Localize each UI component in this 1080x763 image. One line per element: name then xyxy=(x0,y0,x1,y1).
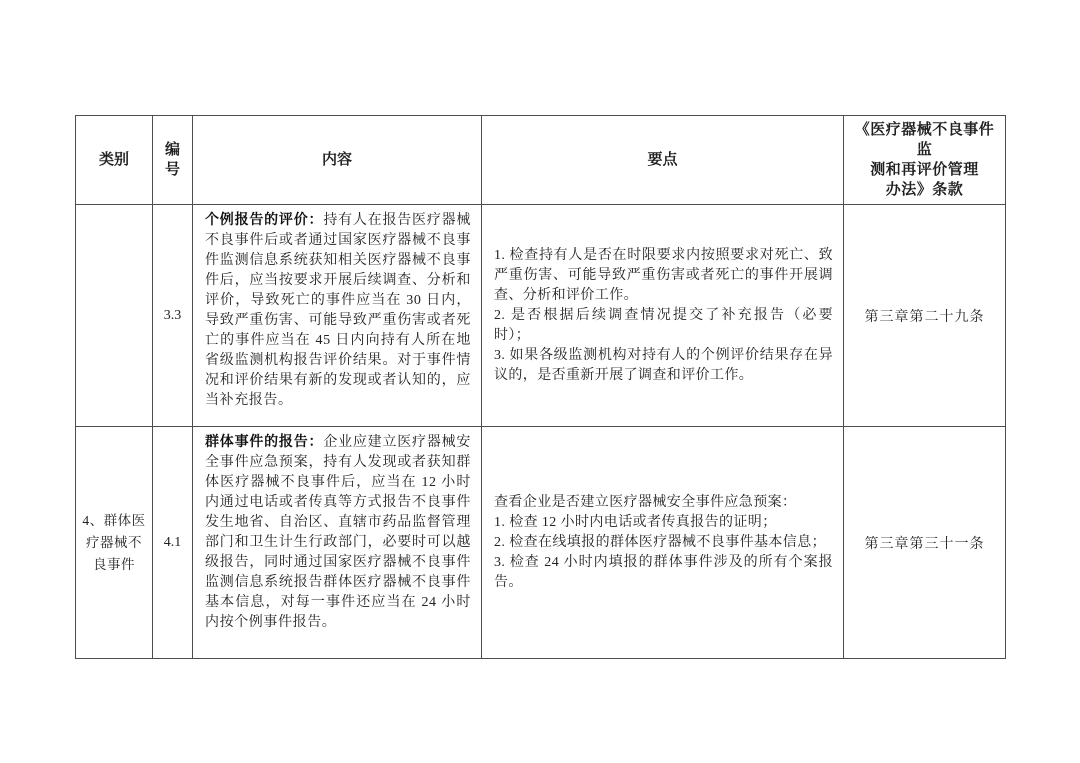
row1-regulation-cell: 第三章第二十九条 xyxy=(844,205,1006,427)
row2-content-body: 企业应建立医疗器械安全事件应急预案，持有人发现或者获知群体医疗器械不良事件后，应… xyxy=(205,435,471,630)
row2-content-cell: 群体事件的报告：企业应建立医疗器械安全事件应急预案，持有人发现或者获知群体医疗器… xyxy=(193,427,482,659)
table-header-row: 类别 编号 内容 要点 《医疗器械不良事件监 测和再评价管理 办法》条款 xyxy=(76,116,1006,205)
row1-content-title: 个例报告的评价： xyxy=(205,213,323,228)
header-content: 内容 xyxy=(193,116,482,205)
header-regulation-clause: 《医疗器械不良事件监 测和再评价管理 办法》条款 xyxy=(844,116,1006,205)
header-number: 编号 xyxy=(153,116,193,205)
header-category: 类别 xyxy=(76,116,153,205)
row2-points-cell: 查看企业是否建立医疗器械安全事件应急预案： 1. 检查 12 小时内电话或者传真… xyxy=(482,427,844,659)
inspection-items-table: 类别 编号 内容 要点 《医疗器械不良事件监 测和再评价管理 办法》条款 3.3… xyxy=(75,115,1006,659)
row2-content-title: 群体事件的报告： xyxy=(205,435,323,450)
row1-number-cell: 3.3 xyxy=(153,205,193,427)
row2-number-cell: 4.1 xyxy=(153,427,193,659)
row1-content-body: 持有人在报告医疗器械不良事件后或者通过国家医疗器械不良事件监测信息系统获知相关医… xyxy=(205,213,471,408)
document-page: 类别 编号 内容 要点 《医疗器械不良事件监 测和再评价管理 办法》条款 3.3… xyxy=(0,0,1080,763)
row2-category-cell: 4、群体医疗器械不良事件 xyxy=(76,427,153,659)
table-row-individual-report-evaluation: 3.3 个例报告的评价：持有人在报告医疗器械不良事件后或者通过国家医疗器械不良事… xyxy=(76,205,1006,427)
table-row-group-event-report: 4、群体医疗器械不良事件 4.1 群体事件的报告：企业应建立医疗器械安全事件应急… xyxy=(76,427,1006,659)
header-points: 要点 xyxy=(482,116,844,205)
row1-content-cell: 个例报告的评价：持有人在报告医疗器械不良事件后或者通过国家医疗器械不良事件监测信… xyxy=(193,205,482,427)
row2-regulation-cell: 第三章第三十一条 xyxy=(844,427,1006,659)
row1-category-cell xyxy=(76,205,153,427)
row1-points-cell: 1. 检查持有人是否在时限要求内按照要求对死亡、致严重伤害、可能导致严重伤害或者… xyxy=(482,205,844,427)
